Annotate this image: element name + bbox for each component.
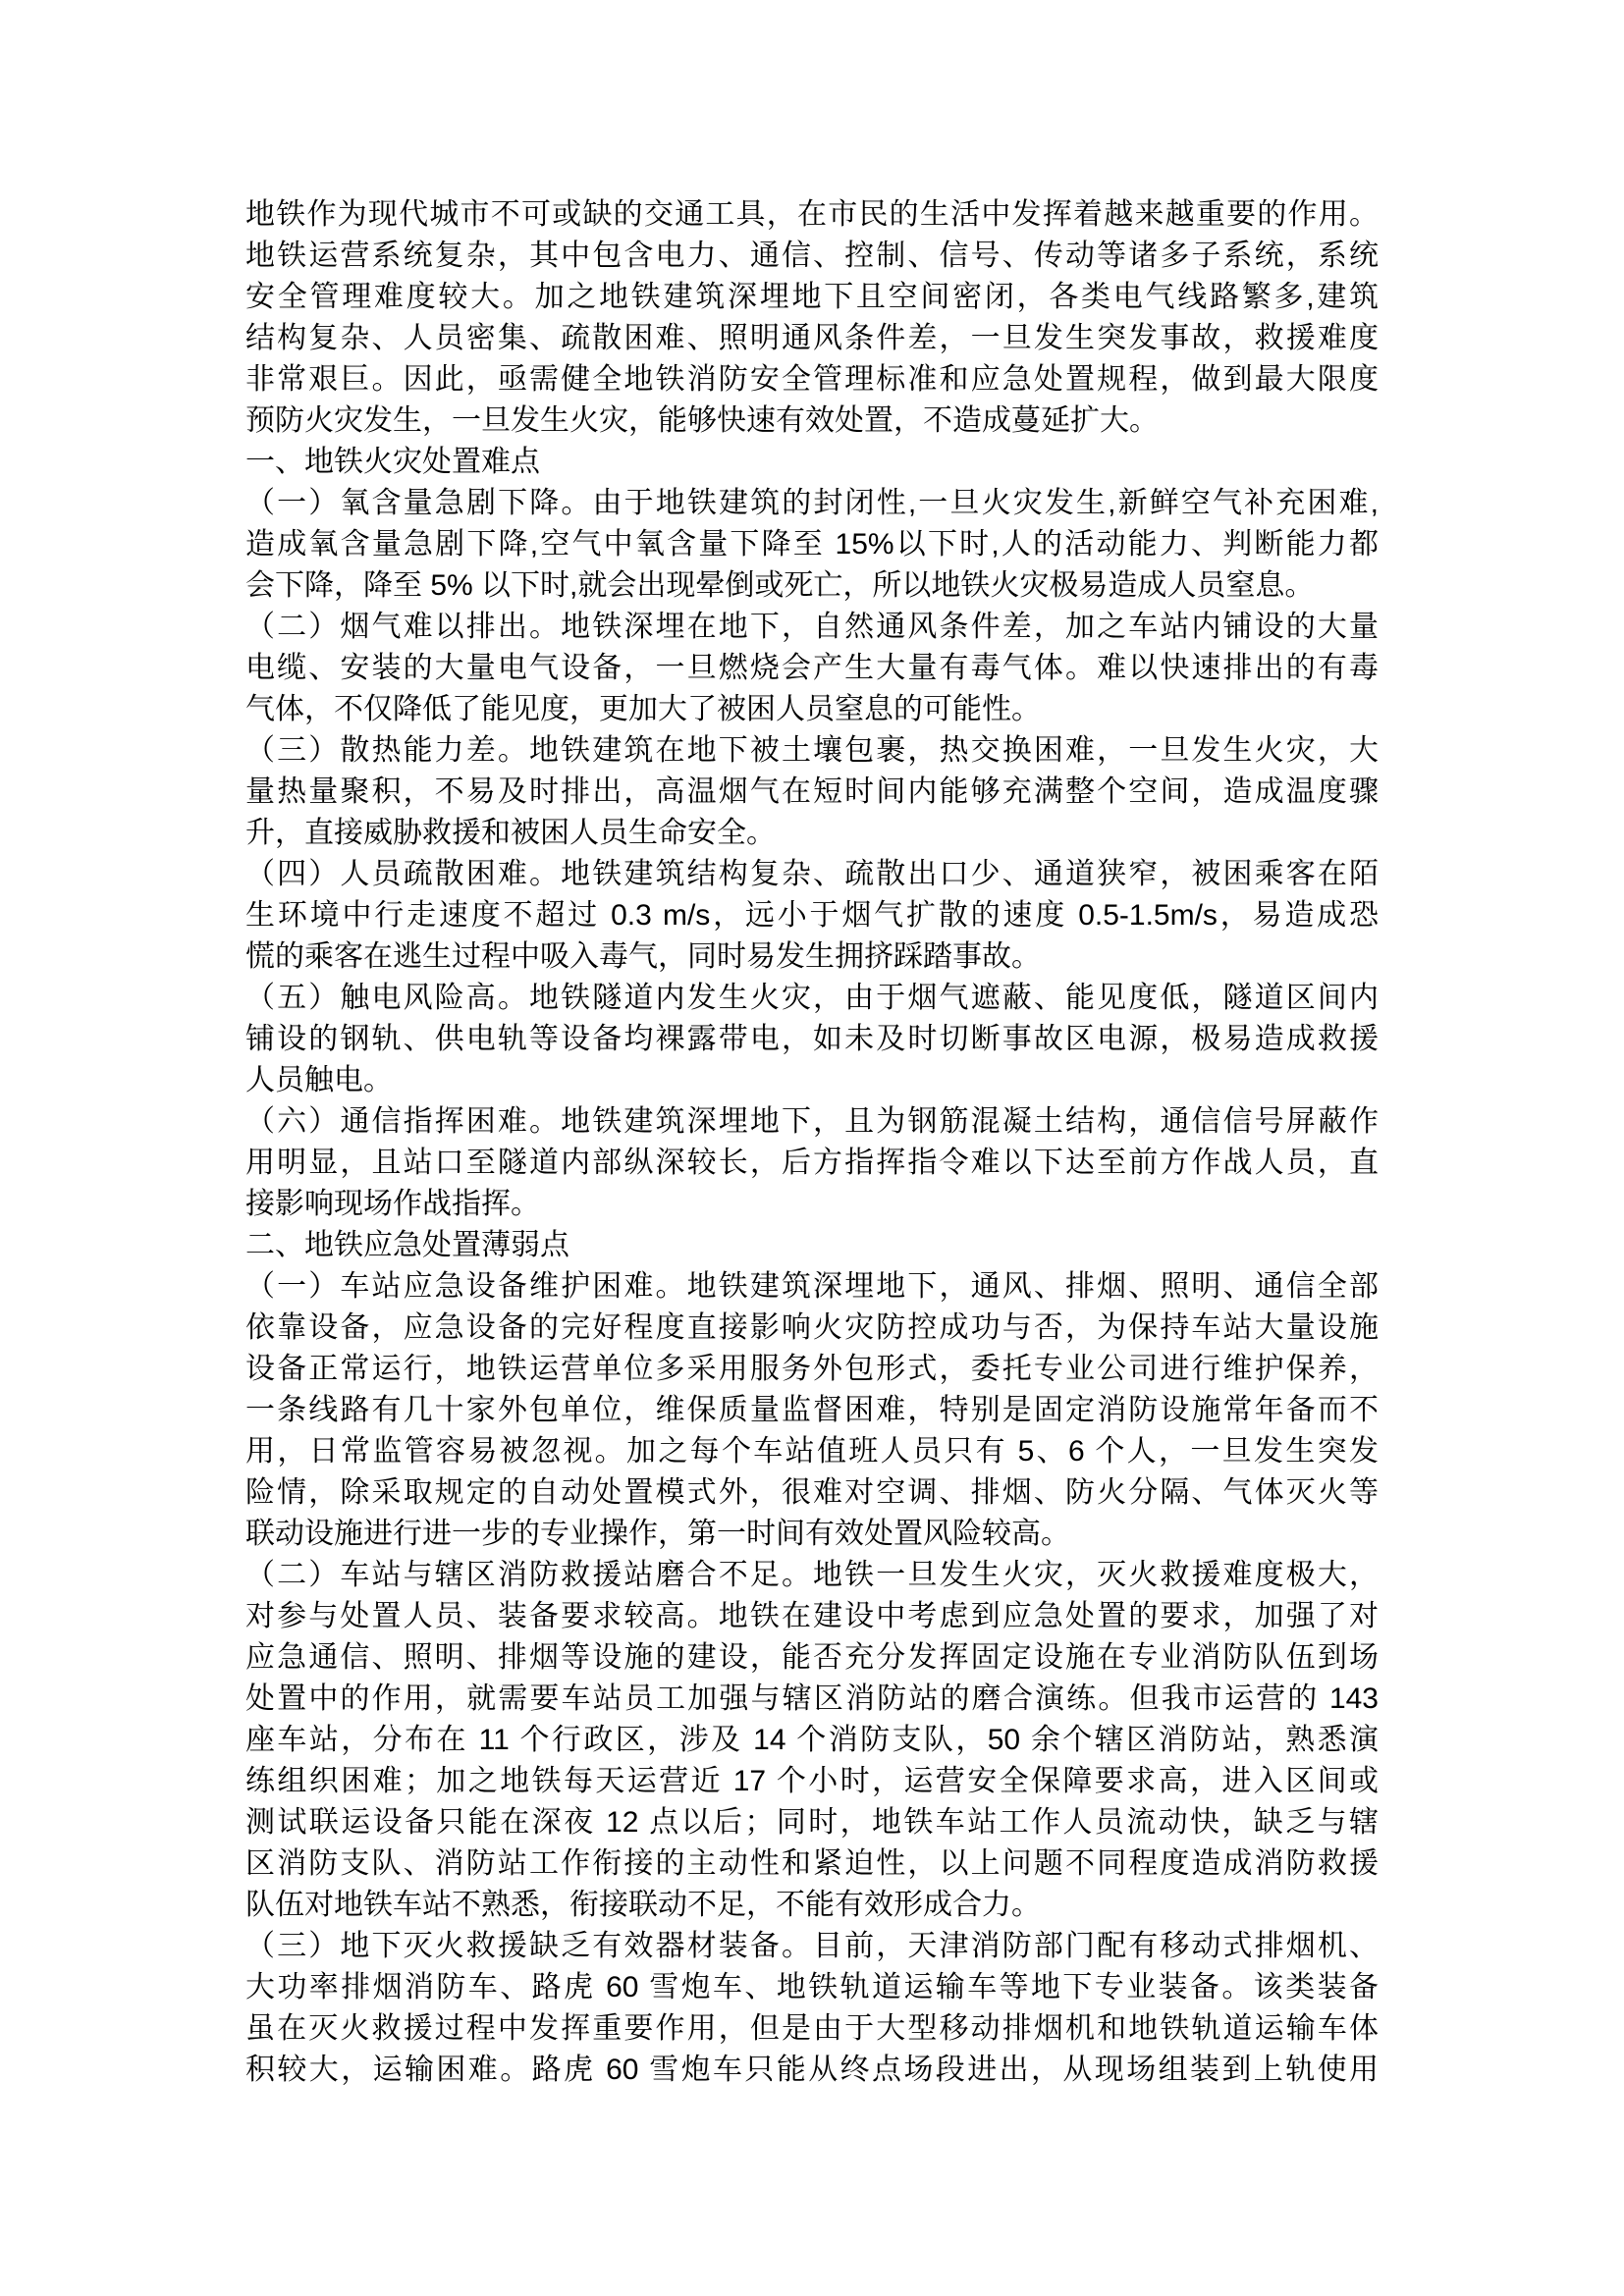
text-line: 气体，不仅降低了能见度，更加大了被困人员窒息的可能性。: [245, 689, 1379, 730]
text-line: （三）地下灭火救援缺乏有效器材装备。目前，天津消防部门配有移动式排烟机、: [245, 1926, 1379, 1967]
text-line: 依靠设备，应急设备的完好程度直接影响火灾防控成功与否，为保持车站大量设施: [245, 1308, 1379, 1349]
text-line: 一、地铁火灾处置难点: [245, 442, 1379, 483]
text-line: 预防火灾发生，一旦发生火灾，能够快速有效处置，不造成蔓延扩大。: [245, 400, 1379, 442]
text-line: （二）车站与辖区消防救援站磨合不足。地铁一旦发生火灾，灭火救援难度极大，: [245, 1555, 1379, 1596]
text-line: 接影响现场作战指挥。: [245, 1184, 1379, 1225]
text-line: 设备正常运行，地铁运营单位多采用服务外包形式，委托专业公司进行维护保养，: [245, 1349, 1379, 1390]
text-line: 地铁作为现代城市不可或缺的交通工具，在市民的生活中发挥着越来越重要的作用。: [245, 194, 1379, 236]
section-heading: 二、地铁应急处置薄弱点: [245, 1225, 1379, 1266]
text-line: （一）车站应急设备维护困难。地铁建筑深埋地下，通风、排烟、照明、通信全部: [245, 1266, 1379, 1308]
paragraph: （二）烟气难以排出。地铁深埋在地下，自然通风条件差，加之车站内铺设的大量电缆、安…: [245, 607, 1379, 730]
text-line: 应急通信、照明、排烟等设施的建设，能否充分发挥固定设施在专业消防队伍到场: [245, 1637, 1379, 1679]
text-line: 用明显，且站口至隧道内部纵深较长，后方指挥指令难以下达至前方作战人员，直: [245, 1143, 1379, 1184]
text-line: 大功率排烟消防车、路虎 60 雪炮车、地铁轨道运输车等地下专业装备。该类装备: [245, 1967, 1379, 2008]
text-line: 地铁运营系统复杂，其中包含电力、通信、控制、信号、传动等诸多子系统，系统: [245, 236, 1379, 277]
text-line: 险情，除采取规定的自动处置模式外，很难对空调、排烟、防火分隔、气体灭火等: [245, 1472, 1379, 1514]
text-line: （一）氧含量急剧下降。由于地铁建筑的封闭性,一旦火灾发生,新鲜空气补充困难,: [245, 483, 1379, 524]
text-line: （五）触电风险高。地铁隧道内发生火灾，由于烟气遮蔽、能见度低，隧道区间内: [245, 978, 1379, 1019]
text-line: 结构复杂、人员密集、疏散困难、照明通风条件差，一旦发生突发事故，救援难度: [245, 318, 1379, 359]
text-line: 电缆、安装的大量电气设备，一旦燃烧会产生大量有毒气体。难以快速排出的有毒: [245, 648, 1379, 689]
paragraph: 地铁作为现代城市不可或缺的交通工具，在市民的生活中发挥着越来越重要的作用。地铁运…: [245, 194, 1379, 442]
text-line: 一条线路有几十家外包单位，维保质量监督困难，特别是固定消防设施常年备而不: [245, 1390, 1379, 1431]
text-line: 铺设的钢轨、供电轨等设备均裸露带电，如未及时切断事故区电源，极易造成救援: [245, 1019, 1379, 1060]
document-page: 地铁作为现代城市不可或缺的交通工具，在市民的生活中发挥着越来越重要的作用。地铁运…: [0, 0, 1624, 2296]
text-line: （三）散热能力差。地铁建筑在地下被土壤包裹，热交换困难，一旦发生火灾，大: [245, 730, 1379, 772]
paragraph: （六）通信指挥困难。地铁建筑深埋地下，且为钢筋混凝土结构，通信信号屏蔽作用明显，…: [245, 1101, 1379, 1225]
text-line: 座车站，分布在 11 个行政区，涉及 14 个消防支队，50 余个辖区消防站，熟…: [245, 1720, 1379, 1761]
text-line: 造成氧含量急剧下降,空气中氧含量下降至 15%以下时,人的活动能力、判断能力都: [245, 524, 1379, 565]
text-line: 二、地铁应急处置薄弱点: [245, 1225, 1379, 1266]
text-line: 用，日常监管容易被忽视。加之每个车站值班人员只有 5、6 个人，一旦发生突发: [245, 1431, 1379, 1472]
text-line: 联动设施进行进一步的专业操作，第一时间有效处置风险较高。: [245, 1514, 1379, 1555]
text-line: 区消防支队、消防站工作衔接的主动性和紧迫性，以上问题不同程度造成消防救援: [245, 1843, 1379, 1885]
paragraph: （四）人员疏散困难。地铁建筑结构复杂、疏散出口少、通道狭窄，被困乘客在陌生环境中…: [245, 854, 1379, 978]
text-line: 处置中的作用，就需要车站员工加强与辖区消防站的磨合演练。但我市运营的 143: [245, 1679, 1379, 1720]
text-line: 对参与处置人员、装备要求较高。地铁在建设中考虑到应急处置的要求，加强了对: [245, 1596, 1379, 1637]
paragraph: （一）氧含量急剧下降。由于地铁建筑的封闭性,一旦火灾发生,新鲜空气补充困难,造成…: [245, 483, 1379, 607]
text-line: （二）烟气难以排出。地铁深埋在地下，自然通风条件差，加之车站内铺设的大量: [245, 607, 1379, 648]
paragraph: （二）车站与辖区消防救援站磨合不足。地铁一旦发生火灾，灭火救援难度极大，对参与处…: [245, 1555, 1379, 1926]
paragraph: （一）车站应急设备维护困难。地铁建筑深埋地下，通风、排烟、照明、通信全部依靠设备…: [245, 1266, 1379, 1555]
text-line: 人员触电。: [245, 1060, 1379, 1101]
text-line: 测试联运设备只能在深夜 12 点以后；同时，地铁车站工作人员流动快，缺乏与辖: [245, 1802, 1379, 1843]
document-body: 地铁作为现代城市不可或缺的交通工具，在市民的生活中发挥着越来越重要的作用。地铁运…: [245, 194, 1379, 2091]
text-line: 虽在灭火救援过程中发挥重要作用，但是由于大型移动排烟机和地铁轨道运输车体: [245, 2008, 1379, 2050]
text-line: 非常艰巨。因此，亟需健全地铁消防安全管理标准和应急处置规程，做到最大限度: [245, 359, 1379, 400]
section-heading: 一、地铁火灾处置难点: [245, 442, 1379, 483]
text-line: 队伍对地铁车站不熟悉，衔接联动不足，不能有效形成合力。: [245, 1885, 1379, 1926]
text-line: 练组织困难；加之地铁每天运营近 17 个小时，运营安全保障要求高，进入区间或: [245, 1761, 1379, 1802]
text-line: 积较大，运输困难。路虎 60 雪炮车只能从终点场段进出，从现场组装到上轨使用: [245, 2050, 1379, 2091]
text-line: （六）通信指挥困难。地铁建筑深埋地下，且为钢筋混凝土结构，通信信号屏蔽作: [245, 1101, 1379, 1143]
paragraph: （三）散热能力差。地铁建筑在地下被土壤包裹，热交换困难，一旦发生火灾，大量热量聚…: [245, 730, 1379, 854]
text-line: 生环境中行走速度不超过 0.3 m/s，远小于烟气扩散的速度 0.5-1.5m/…: [245, 895, 1379, 936]
text-line: 升，直接威胁救援和被困人员生命安全。: [245, 813, 1379, 854]
text-line: （四）人员疏散困难。地铁建筑结构复杂、疏散出口少、通道狭窄，被困乘客在陌: [245, 854, 1379, 895]
paragraph: （三）地下灭火救援缺乏有效器材装备。目前，天津消防部门配有移动式排烟机、大功率排…: [245, 1926, 1379, 2091]
paragraph: （五）触电风险高。地铁隧道内发生火灾，由于烟气遮蔽、能见度低，隧道区间内铺设的钢…: [245, 978, 1379, 1101]
text-line: 慌的乘客在逃生过程中吸入毒气，同时易发生拥挤踩踏事故。: [245, 936, 1379, 978]
text-line: 会下降，降至 5% 以下时,就会出现晕倒或死亡，所以地铁火灾极易造成人员窒息。: [245, 565, 1379, 607]
text-line: 量热量聚积，不易及时排出，高温烟气在短时间内能够充满整个空间，造成温度骤: [245, 772, 1379, 813]
text-line: 安全管理难度较大。加之地铁建筑深埋地下且空间密闭，各类电气线路繁多,建筑: [245, 277, 1379, 318]
